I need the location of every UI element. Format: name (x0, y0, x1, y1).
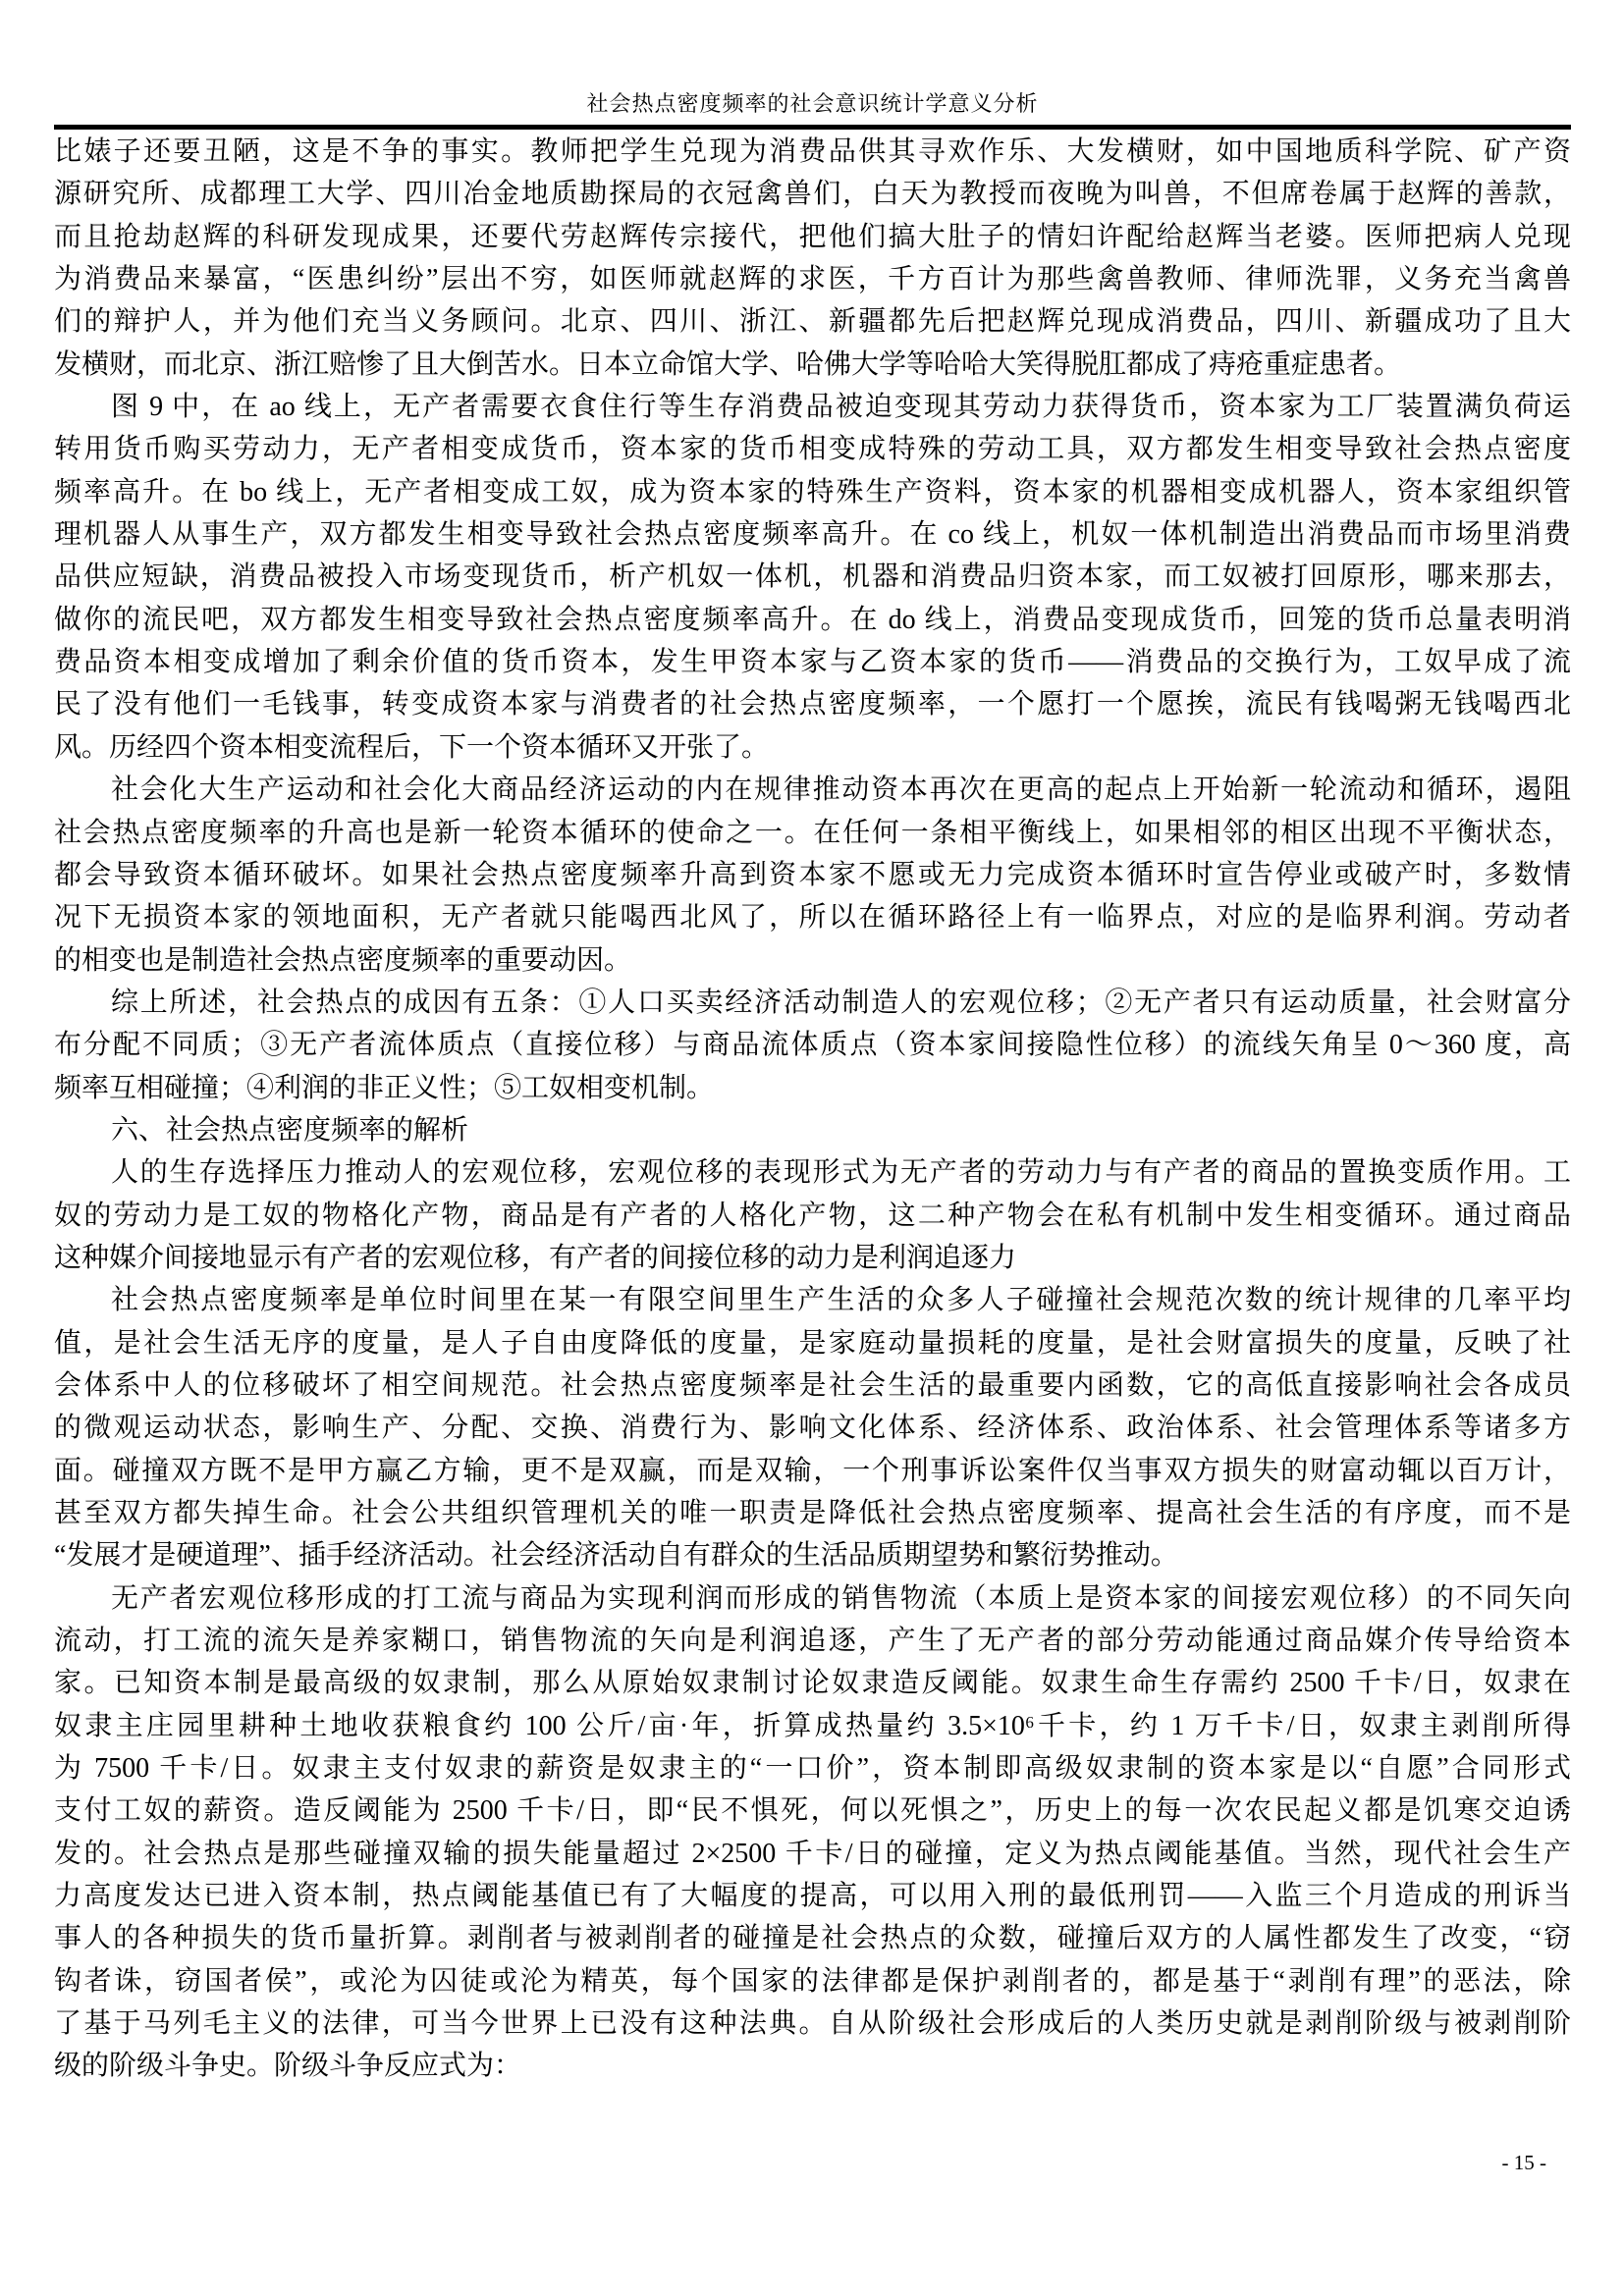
text-line: 人的生存选择压力推动人的宏观位移，宏观位移的表现形式为无产者的劳动力与有产者的商… (54, 1151, 1571, 1194)
text-line: 为消费品来暴富，“医患纠纷”层出不穷，如医师就赵辉的求医，千方百计为那些禽兽教师… (54, 258, 1571, 300)
text-line: 都会导致资本循环破坏。如果社会热点密度频率升高到资本家不愿或无力完成资本循环时宣… (54, 854, 1571, 896)
text-line: 社会热点密度频率是单位时间里在某一有限空间里生产生活的众多人子碰撞社会规范次数的… (54, 1279, 1571, 1321)
text-line: 的微观运动状态，影响生产、分配、交换、消费行为、影响文化体系、经济体系、政治体系… (54, 1407, 1571, 1449)
text-line: 无产者宏观位移形成的打工流与商品为实现利润而形成的销售物流（本质上是资本家的间接… (54, 1577, 1571, 1620)
text-line: 费品资本相变成增加了剩余价值的货币资本，发生甲资本家与乙资本家的货币——消费品的… (54, 641, 1571, 683)
text-line: 布分配不同质；③无产者流体质点（直接位移）与商品流体质点（资本家间接隐性位移）的… (54, 1024, 1571, 1066)
text-line: 了基于马列毛主义的法律，可当今世界上已没有这种法典。自从阶级社会形成后的人类历史… (54, 2002, 1571, 2045)
text-line: 这种媒介间接地显示有产者的宏观位移，有产者的间接位移的动力是利润追逐力 (54, 1237, 1571, 1279)
text-line: 转用货币购买劳动力，无产者相变成货币，资本家的货币相变成特殊的劳动工具，双方都发… (54, 428, 1571, 470)
text-line: “发展才是硬道理”、插手经济活动。社会经济活动自有群众的生活品质期望势和繁衍势推… (54, 1534, 1571, 1576)
text-line: 社会化大生产运动和社会化大商品经济运动的内在规律推动资本再次在更高的起点上开始新… (54, 769, 1571, 811)
text-line: 们的辩护人，并为他们充当义务顾问。北京、四川、浙江、新疆都先后把赵辉兑现成消费品… (54, 300, 1571, 343)
text-line: 支付工奴的薪资。造反阈能为 2500 千卡/日，即“民不惧死，何以死惧之”，历史… (54, 1789, 1571, 1832)
text-line: 发横财，而北京、浙江赔惨了且大倒苦水。日本立命馆大学、哈佛大学等哈哈大笑得脱肛都… (54, 344, 1571, 386)
text-line: 频率互相碰撞；④利润的非正义性；⑤工奴相变机制。 (54, 1067, 1571, 1109)
text-line: 奴隶主庄园里耕种土地收获粮食约 100 公斤/亩·年，折算成热量约 3.5×10… (54, 1705, 1571, 1747)
text-line: 频率高升。在 bo 线上，无产者相变成工奴，成为资本家的特殊生产资料，资本家的机… (54, 471, 1571, 513)
header-rule-divider (54, 125, 1571, 130)
text-line: 会体系中人的位移破坏了相空间规范。社会热点密度频率是社会生活的最重要内函数，它的… (54, 1364, 1571, 1407)
page-number: - 15 - (54, 2150, 1546, 2175)
text-line: 况下无损资本家的领地面积，无产者就只能喝西北风了，所以在循环路径上有一临界点，对… (54, 896, 1571, 938)
text-line: 比婊子还要丑陋，这是不争的事实。教师把学生兑现为消费品供其寻欢作乐、大发横财，如… (54, 131, 1571, 173)
text-line: 家。已知资本制是最高级的奴隶制，那么从原始奴隶制讨论奴隶造反阈能。奴隶生命生存需… (54, 1662, 1571, 1704)
text-line: 综上所述，社会热点的成因有五条：①人口买卖经济活动制造人的宏观位移；②无产者只有… (54, 982, 1571, 1024)
text-line: 钩者诛，窃国者侯”，或沦为囚徒或沦为精英，每个国家的法律都是保护剥削者的，都是基… (54, 1960, 1571, 2002)
text-line: 图 9 中，在 ao 线上，无产者需要衣食住行等生存消费品被迫变现其劳动力获得货… (54, 386, 1571, 428)
text-line: 流动，打工流的流矢是养家糊口，销售物流的矢向是利润追逐，产生了无产者的部分劳动能… (54, 1620, 1571, 1662)
text-line: 为 7500 千卡/日。奴隶主支付奴隶的薪资是奴隶主的“一口价”，资本制即高级奴… (54, 1747, 1571, 1789)
document-body: 比婊子还要丑陋，这是不争的事实。教师把学生兑现为消费品供其寻欢作乐、大发横财，如… (54, 131, 1571, 2088)
text-line: 值，是社会生活无序的度量，是人子自由度降低的度量，是家庭动量损耗的度量，是社会财… (54, 1322, 1571, 1364)
text-line: 民了没有他们一毛钱事，转变成资本家与消费者的社会热点密度频率，一个愿打一个愿挨，… (54, 683, 1571, 725)
text-line: 发的。社会热点是那些碰撞双输的损失能量超过 2×2500 千卡/日的碰撞，定义为… (54, 1833, 1571, 1875)
text-line: 级的阶级斗争史。阶级斗争反应式为： (54, 2045, 1571, 2087)
section-heading: 六、社会热点密度频率的解析 (54, 1109, 1571, 1151)
text-line: 做你的流民吧，双方都发生相变导致社会热点密度频率高升。在 do 线上，消费品变现… (54, 599, 1571, 641)
text-line: 源研究所、成都理工大学、四川冶金地质勘探局的衣冠禽兽们，白天为教授而夜晚为叫兽，… (54, 173, 1571, 215)
text-line: 社会热点密度频率的升高也是新一轮资本循环的使命之一。在任何一条相平衡线上，如果相… (54, 812, 1571, 854)
text-line: 风。历经四个资本相变流程后，下一个资本循环又开张了。 (54, 726, 1571, 769)
running-header-title: 社会热点密度频率的社会意识统计学意义分析 (54, 90, 1571, 118)
text-line: 的相变也是制造社会热点密度频率的重要动因。 (54, 939, 1571, 982)
text-line: 力高度发达已进入资本制，热点阈能基值已有了大幅度的提高，可以用入刑的最低刑罚——… (54, 1875, 1571, 1917)
text-line: 面。碰撞双方既不是甲方赢乙方输，更不是双赢，而是双输，一个刑事诉讼案件仅当事双方… (54, 1450, 1571, 1492)
text-line: 理机器人从事生产，双方都发生相变导致社会热点密度频率高升。在 co 线上，机奴一… (54, 513, 1571, 556)
document-page: 社会热点密度频率的社会意识统计学意义分析 比婊子还要丑陋，这是不争的事实。教师把… (0, 0, 1624, 2296)
text-line: 事人的各种损失的货币量折算。剥削者与被剥削者的碰撞是社会热点的众数，碰撞后双方的… (54, 1917, 1571, 1959)
text-line: 品供应短缺，消费品被投入市场变现货币，析产机奴一体机，机器和消费品归资本家，而工… (54, 556, 1571, 598)
text-line: 甚至双方都失掉生命。社会公共组织管理机关的唯一职责是降低社会热点密度频率、提高社… (54, 1492, 1571, 1534)
text-line: 而且抢劫赵辉的科研发现成果，还要代劳赵辉传宗接代，把他们搞大肚子的情妇许配给赵辉… (54, 216, 1571, 258)
text-line: 奴的劳动力是工奴的物格化产物，商品是有产者的人格化产物，这二种产物会在私有机制中… (54, 1195, 1571, 1237)
